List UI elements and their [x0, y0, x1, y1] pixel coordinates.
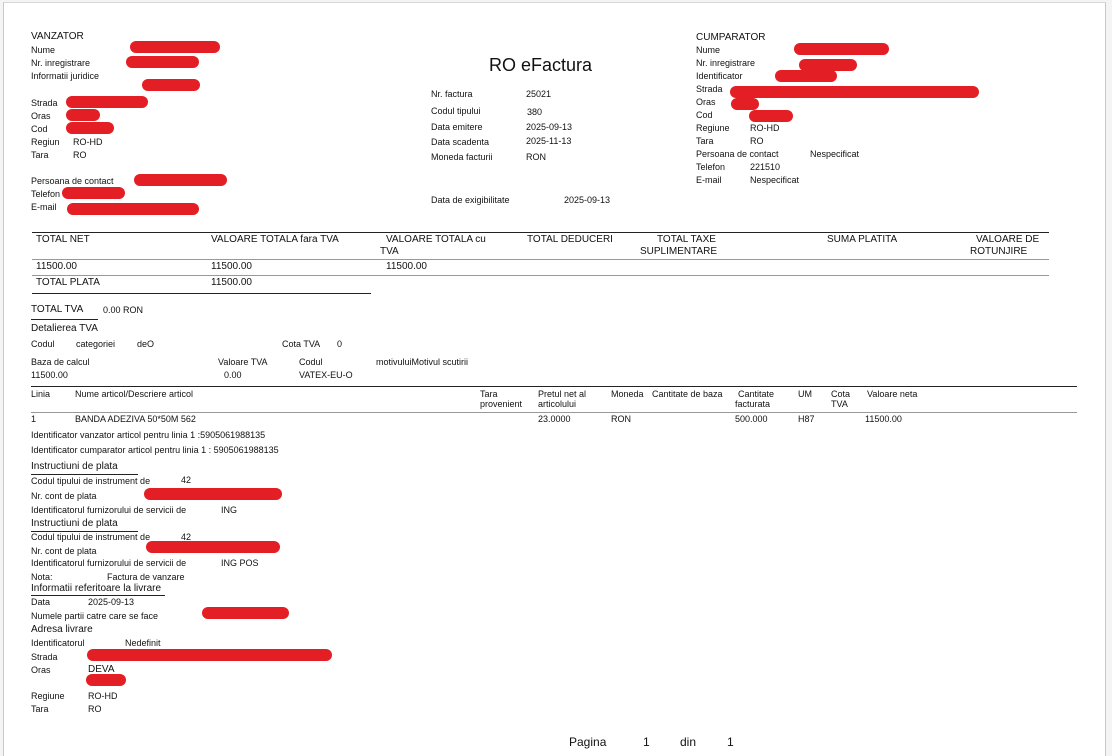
seller-code-label: Cod	[31, 124, 48, 134]
total-pay-line	[32, 293, 371, 294]
header-total-extra-taxes-2: SUPLIMENTARE	[640, 246, 717, 257]
col-vat: Cota	[831, 389, 850, 399]
seller-region-value: RO-HD	[73, 137, 103, 147]
redaction-buyer-name	[794, 43, 889, 55]
col-base-qty: Cantitate de baza	[652, 389, 723, 399]
redaction-seller-email	[67, 203, 199, 215]
payment-type-value: 42	[181, 475, 191, 485]
delivery-country-value: RO	[88, 704, 102, 714]
redaction-buyer-street	[730, 86, 979, 98]
col-vat-2: TVA	[831, 399, 848, 409]
payment-provider-label: Identificatorul furnizorului de servicii…	[31, 558, 186, 568]
note-label: Nota:	[31, 572, 53, 582]
delivery-id-value: Nedefinit	[125, 638, 161, 648]
payment-account-label: Nr. cont de plata	[31, 546, 97, 556]
buyer-heading: CUMPARATOR	[696, 32, 765, 43]
delivery-street-label: Strada	[31, 652, 58, 662]
buyer-code-label: Cod	[696, 110, 713, 120]
row-currency: RON	[611, 414, 631, 424]
issue-date-value: 2025-09-13	[526, 122, 572, 132]
invoice-number-value: 25021	[526, 89, 551, 99]
redaction-delivery-code	[86, 674, 126, 686]
col-qty-2: facturata	[735, 399, 770, 409]
header-total-with-vat: VALOARE TOTALA cu	[386, 234, 486, 245]
col-net-value: Valoare neta	[867, 389, 917, 399]
vat-exempt-code: VATEX-EU-O	[299, 370, 353, 380]
delivery-date-value: 2025-09-13	[88, 597, 134, 607]
header-total-with-vat-2: TVA	[380, 246, 399, 257]
delivery-city-label: Oras	[31, 665, 51, 675]
exigibility-label: Data de exigibilitate	[431, 195, 510, 205]
document-title: RO eFactura	[489, 55, 592, 76]
vat-amount-value: 0.00	[224, 370, 242, 380]
redaction-seller-reg	[126, 56, 199, 68]
payment-provider-value: ING	[221, 505, 237, 515]
vat-rate-value: 0	[337, 339, 342, 349]
header-rounding-2: ROTUNJIRE	[970, 246, 1027, 257]
seller-country-value: RO	[73, 150, 87, 160]
vat-rate-label: Cota TVA	[282, 339, 320, 349]
redaction-buyer-id	[775, 70, 837, 82]
redaction-buyer-city	[731, 98, 759, 110]
total-with-vat-value: 11500.00	[386, 261, 427, 272]
buyer-email-label: E-mail	[696, 175, 722, 185]
redaction-seller-city	[66, 109, 100, 121]
vat-category-label-2: categoriei	[76, 339, 115, 349]
buyer-country-value: RO	[750, 136, 764, 146]
col-qty: Cantitate	[738, 389, 774, 399]
page-total: 1	[727, 735, 734, 749]
buyer-email-value: Nespecificat	[750, 175, 799, 185]
exigibility-value: 2025-09-13	[564, 195, 610, 205]
page-label: Pagina	[569, 735, 606, 749]
row-um: H87	[798, 414, 815, 424]
buyer-phone-label: Telefon	[696, 162, 725, 172]
totals-header-line	[32, 259, 1049, 260]
seller-reg-label: Nr. inregistrare	[31, 58, 90, 68]
seller-heading: VANZATOR	[31, 31, 84, 42]
seller-street-label: Strada	[31, 98, 58, 108]
col-line: Linia	[31, 389, 50, 399]
buyer-item-id: Identificator cumparator articol pentru …	[31, 445, 279, 455]
row-qty: 500.000	[735, 414, 768, 424]
vat-category-label-3: deO	[137, 339, 154, 349]
invoice-type-value: 380	[527, 107, 542, 117]
seller-name-label: Nume	[31, 45, 55, 55]
col-price-2: articolului	[538, 399, 576, 409]
totals-values-line	[32, 275, 1049, 276]
buyer-phone-value: 221510	[750, 162, 780, 172]
seller-contact-label: Persoana de contact	[31, 176, 114, 186]
seller-email-label: E-mail	[31, 202, 57, 212]
delivery-region-label: Regiune	[31, 691, 65, 701]
header-rounding: VALOARE DE	[976, 234, 1039, 245]
lines-header-line	[31, 412, 1077, 413]
redaction-seller-contact	[134, 174, 227, 186]
payment-heading-line	[31, 474, 138, 475]
row-name: BANDA ADEZIVA 50*50M 562	[75, 414, 196, 424]
col-name: Nume articol/Descriere articol	[75, 389, 193, 399]
redaction-buyer-code	[749, 110, 793, 122]
totals-top-line	[32, 232, 1049, 233]
header-total-deductions: TOTAL DEDUCERI	[527, 234, 613, 245]
buyer-region-value: RO-HD	[750, 123, 780, 133]
delivery-address-heading: Adresa livrare	[31, 624, 93, 635]
seller-region-label: Regiun	[31, 137, 60, 147]
redaction-delivery-party	[202, 607, 289, 619]
buyer-reg-label: Nr. inregistrare	[696, 58, 755, 68]
col-um: UM	[798, 389, 812, 399]
col-origin-2: provenient	[480, 399, 522, 409]
buyer-id-label: Identificator	[696, 71, 743, 81]
vat-value-label: Valoare TVA	[218, 357, 268, 367]
total-vat-label: TOTAL TVA	[31, 304, 83, 315]
payment-account-label: Nr. cont de plata	[31, 491, 97, 501]
col-origin: Tara	[480, 389, 498, 399]
redaction-seller-name	[130, 41, 220, 53]
total-pay-label: TOTAL PLATA	[36, 277, 100, 288]
delivery-id-label: Identificatorul	[31, 638, 85, 648]
header-amount-paid: SUMA PLATITA	[827, 234, 897, 245]
vat-base-label: Baza de calcul	[31, 357, 90, 367]
total-vat-line	[31, 319, 98, 320]
col-currency: Moneda	[611, 389, 644, 399]
redaction-seller-phone	[62, 187, 125, 199]
due-date-label: Data scadenta	[431, 137, 489, 147]
header-total-without-vat: VALOARE TOTALA fara TVA	[211, 234, 339, 245]
page-current: 1	[643, 735, 650, 749]
redaction-account-2	[146, 541, 280, 553]
vat-detail-heading: Detalierea TVA	[31, 323, 98, 334]
delivery-region-value: RO-HD	[88, 691, 118, 701]
delivery-party-label: Numele partii catre care se face	[31, 611, 158, 621]
buyer-name-label: Nume	[696, 45, 720, 55]
seller-city-label: Oras	[31, 111, 51, 121]
buyer-contact-value: Nespecificat	[810, 149, 859, 159]
issue-date-label: Data emitere	[431, 122, 483, 132]
vat-reason-label: motivuluiMotivul scutirii	[376, 357, 468, 367]
redaction-seller-code	[66, 122, 114, 134]
invoice-number-label: Nr. factura	[431, 89, 473, 99]
lines-top-line	[31, 386, 1077, 387]
redaction-seller-street	[66, 96, 148, 108]
total-vat-value: 0.00 RON	[103, 305, 143, 315]
currency-value: RON	[526, 152, 546, 162]
row-net-value: 11500.00	[865, 414, 902, 424]
payment-type-label: Codul tipului de instrument de	[31, 476, 150, 486]
invoice-page: VANZATOR Nume Nr. inregistrare Informati…	[3, 2, 1106, 756]
row-price: 23.0000	[538, 414, 571, 424]
redaction-account-1	[144, 488, 282, 500]
currency-label: Moneda facturii	[431, 152, 493, 162]
redaction-seller-legal	[142, 79, 200, 91]
delivery-heading-line	[31, 595, 165, 596]
seller-country-label: Tara	[31, 150, 49, 160]
total-pay-value: 11500.00	[211, 277, 252, 288]
payment-heading: Instructiuni de plata	[31, 518, 118, 529]
vat-category-label-1: Codul	[31, 339, 55, 349]
payment-heading: Instructiuni de plata	[31, 461, 118, 472]
payment-type-label: Codul tipului de instrument de	[31, 532, 150, 542]
total-without-vat-value: 11500.00	[211, 261, 252, 272]
row-line: 1	[31, 414, 36, 424]
buyer-contact-label: Persoana de contact	[696, 149, 779, 159]
buyer-city-label: Oras	[696, 97, 716, 107]
total-net-value: 11500.00	[36, 261, 77, 272]
invoice-type-label: Codul tipului	[431, 106, 481, 116]
page-of-label: din	[680, 735, 696, 749]
buyer-region-label: Regiune	[696, 123, 730, 133]
header-total-net: TOTAL NET	[36, 234, 90, 245]
vat-code-label: Codul	[299, 357, 323, 367]
delivery-date-label: Data	[31, 597, 50, 607]
vat-base-value: 11500.00	[31, 370, 68, 380]
seller-item-id: Identificator vanzator articol pentru li…	[31, 430, 265, 440]
seller-legal-label: Informatii juridice	[31, 71, 99, 81]
col-price: Pretul net al	[538, 389, 586, 399]
buyer-street-label: Strada	[696, 84, 723, 94]
header-total-extra-taxes: TOTAL TAXE	[657, 234, 716, 245]
payment-provider-value: ING POS	[221, 558, 259, 568]
note-value: Factura de vanzare	[107, 572, 185, 582]
delivery-heading: Informatii referitoare la livrare	[31, 583, 161, 594]
redaction-delivery-street	[87, 649, 332, 661]
delivery-country-label: Tara	[31, 704, 49, 714]
seller-phone-label: Telefon	[31, 189, 60, 199]
payment-provider-label: Identificatorul furnizorului de servicii…	[31, 505, 186, 515]
buyer-country-label: Tara	[696, 136, 714, 146]
due-date-value: 2025-11-13	[526, 136, 571, 146]
